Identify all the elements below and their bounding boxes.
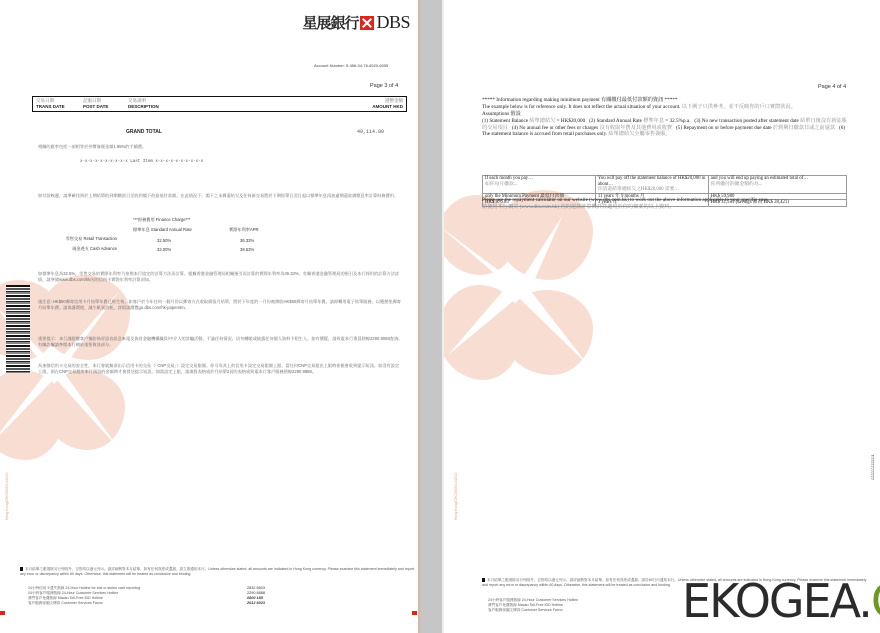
footer-hotline-2: 24小時客戶服務熱線 24-Hour Customer Services Hot… xyxy=(28,591,118,596)
assumptions-list: (1) Statement Balance 結單總結欠 = HK$20,000 … xyxy=(482,118,850,138)
dbs-x-icon xyxy=(360,16,374,30)
logo-chinese-text: 星展銀行 xyxy=(302,12,358,33)
trans-date-header: 交易日期 TRANS DATE xyxy=(36,98,65,109)
footer-hotline-3: 澳門客戶免費熱線 Macau Toll-Free IDD Hotline xyxy=(28,596,103,601)
page-gutter xyxy=(418,0,444,633)
calculator-note-cn: 請使用本行網頁 (www.dbs.com.hk) 內的還款計算機計算適用於你的個… xyxy=(482,204,862,211)
apr-header: 實際年利率APR xyxy=(229,227,259,233)
side-reference-code: Hong Kong/CRC5605/14/2013 xyxy=(454,473,458,520)
footer-fax-number: 2612 6023 xyxy=(247,601,265,606)
assumptions-label: Assumptions 假設 xyxy=(482,111,862,118)
cash-apr: 39.53% xyxy=(240,247,254,252)
page-number: Page 4 of 4 xyxy=(818,84,846,90)
description-header: 交易說明 DESCRIPTION xyxy=(128,98,159,109)
statement-page-3: 星展銀行 DBS Account Number: 5-456-04-76-652… xyxy=(0,0,418,633)
late-payment-note: 如付款較遲，請準確找到於上期結單的到期繳款日至收到閣下的最低付款額。在此情況下，… xyxy=(38,193,403,199)
calculator-note-en: Please use the repayment calculator on o… xyxy=(482,197,862,204)
footer-fax: 客戶服務部圖文傳真 Customer Services Faxno xyxy=(28,601,103,606)
footer-hotline-2: 24小時客戶服務熱線 24-Hour Customer Services Hot… xyxy=(488,598,578,603)
footer-hotline-2-number: 2290 8888 xyxy=(247,591,265,596)
cash-standard-rate: 32.00% xyxy=(157,247,171,252)
footer-fax: 客戶服務部圖文傳真 Customer Services Faxno xyxy=(488,608,563,613)
table-header-row: If each month you pay…如你每月繳款... You will… xyxy=(483,176,847,194)
retail-transaction-label: 零售交易 Retail Transaction xyxy=(27,236,117,242)
retail-apr: 36.33% xyxy=(240,238,254,243)
intro-text: The example below is for reference only.… xyxy=(482,104,862,111)
retail-standard-rate: 32.50% xyxy=(157,238,171,243)
header-cell: You will pay off the statement balance o… xyxy=(595,176,708,194)
document-icon xyxy=(482,578,485,582)
apr-explanation: 如標準年息為32.5%，零售交易的實際年利率乃按照本行協定的計算方法而計算。根據… xyxy=(38,271,403,283)
page-marker xyxy=(412,611,417,615)
barcode xyxy=(6,285,30,373)
post-date-header: 記賬日期 POST DATE xyxy=(83,98,108,109)
last-item-marker: x-x-x-x-x-x-x-x-x-x Last Item x-x-x-x-x-… xyxy=(80,159,203,165)
dbs-watermark-icon xyxy=(444,185,608,385)
header-cell: and you will end up paying an estimated … xyxy=(708,176,846,194)
cash-advance-label: 現金透支 Cash Advance xyxy=(27,246,117,252)
grand-total-value: 49,114.00 xyxy=(357,129,384,135)
standard-rate-header: 標準年息 Standard Annual Rate xyxy=(133,227,192,233)
footer-hotline-1: 24小時信用卡遺失熱線 24-Hour Hotline for lost or … xyxy=(28,586,140,591)
header-cell: If each month you pay…如你每月繳款... xyxy=(483,176,596,194)
page-number: Page 3 of 4 xyxy=(370,83,398,89)
footer-notice: 本月結單之賬項除另行列明外，否則均以港元列示。請詳細核對本月結單，如有任何誤差或… xyxy=(20,567,415,576)
footer-hotline-3-number: 0800 185 xyxy=(247,596,263,601)
account-number: Account Number: 5-456-04-76-6520-6055 xyxy=(314,63,388,68)
finance-charge-title: ***財務費用 Finance Charge*** xyxy=(133,217,191,223)
fraud-warning: 重要提示：本行謹提醒客戶慎防偽冒語音訊息來電及偽冒金融機構職員/中介人的詐騙活動… xyxy=(38,336,403,348)
site-watermark: EKOGEA.ORG xyxy=(682,578,880,624)
side-reference-code: Hong Kong/CRC5605/14/2013 xyxy=(5,473,9,520)
logo-english-text: DBS xyxy=(376,12,410,33)
cnp-transaction-note: 為加強信用卡交易的安全性，本行會就無須出示信用卡的交易（「CNP交易」）設定交易… xyxy=(38,363,403,375)
statement-page-4: Page 4 of 4 ***** Information regarding … xyxy=(444,0,880,633)
grand-total-label: GRAND TOTAL xyxy=(126,129,162,135)
footer-hotline-1-number: 2832 6603 xyxy=(247,586,265,591)
document-code: CCCCCCCCCCC1 xyxy=(872,455,876,480)
transactions-table-header: 交易日期 TRANS DATE 記賬日期 POST DATE 交易說明 DESC… xyxy=(32,96,407,112)
dbs-logo: 星展銀行 DBS xyxy=(302,12,410,33)
document-icon xyxy=(20,567,23,571)
page-marker xyxy=(0,611,5,615)
minimum-payment-heading: ***** Information regarding making minim… xyxy=(482,97,862,104)
fee-note: 相關的匯率包括一項相等於外幣簽賬金額1.95%的手續費。 xyxy=(38,144,398,150)
amount-header: 港幣金額 AMOUNT HKD xyxy=(372,98,403,109)
footer-hotline-3: 澳門客戶免費熱線 Macau Toll-Free IDD Hotline xyxy=(488,603,563,608)
paper-statement-fee-note: 請注意: HK$50郵寄信用卡月結單年費已經生效。如客戶於今年任何一個月份以郵寄… xyxy=(38,299,403,311)
